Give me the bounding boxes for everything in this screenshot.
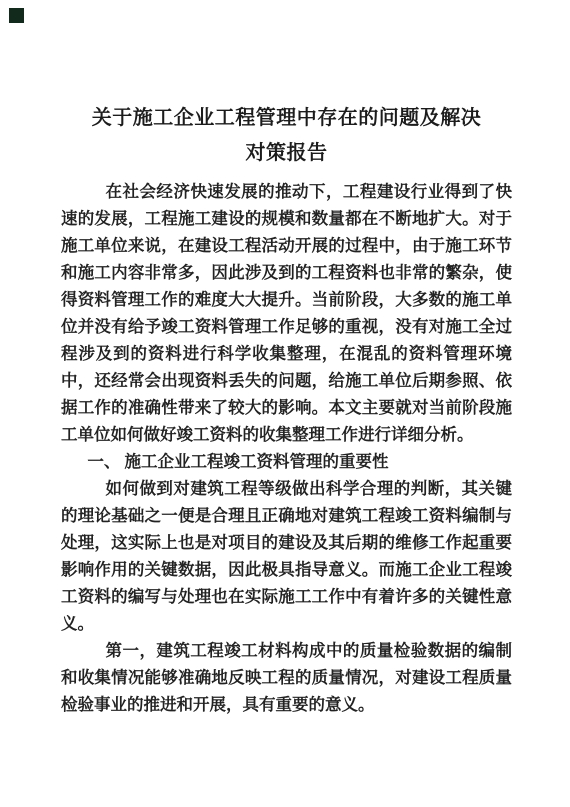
paragraph-importance: 如何做到对建筑工程等级做出科学合理的判断，其关键的理论基础之一便是合理且正确地对… — [61, 475, 512, 637]
document-title-line-2: 对策报告 — [61, 136, 512, 171]
paragraph-first-point: 第一，建筑工程竣工材料构成中的质量检验数据的编制和收集情况能够准确地反映工程的质… — [61, 637, 512, 718]
section-heading-1: 一、 施工企业工程竣工资料管理的重要性 — [61, 448, 512, 475]
document-content: 关于施工企业工程管理中存在的问题及解决 对策报告 在社会经济快速发展的推动下，工… — [61, 101, 512, 718]
paragraph-intro: 在社会经济快速发展的推动下，工程建设行业得到了快速的发展，工程施工建设的规模和数… — [61, 178, 512, 448]
document-title: 关于施工企业工程管理中存在的问题及解决 对策报告 — [61, 101, 512, 171]
document-page: 关于施工企业工程管理中存在的问题及解决 对策报告 在社会经济快速发展的推动下，工… — [0, 0, 570, 807]
document-title-line-1: 关于施工企业工程管理中存在的问题及解决 — [61, 101, 512, 136]
corner-mark — [9, 8, 24, 23]
